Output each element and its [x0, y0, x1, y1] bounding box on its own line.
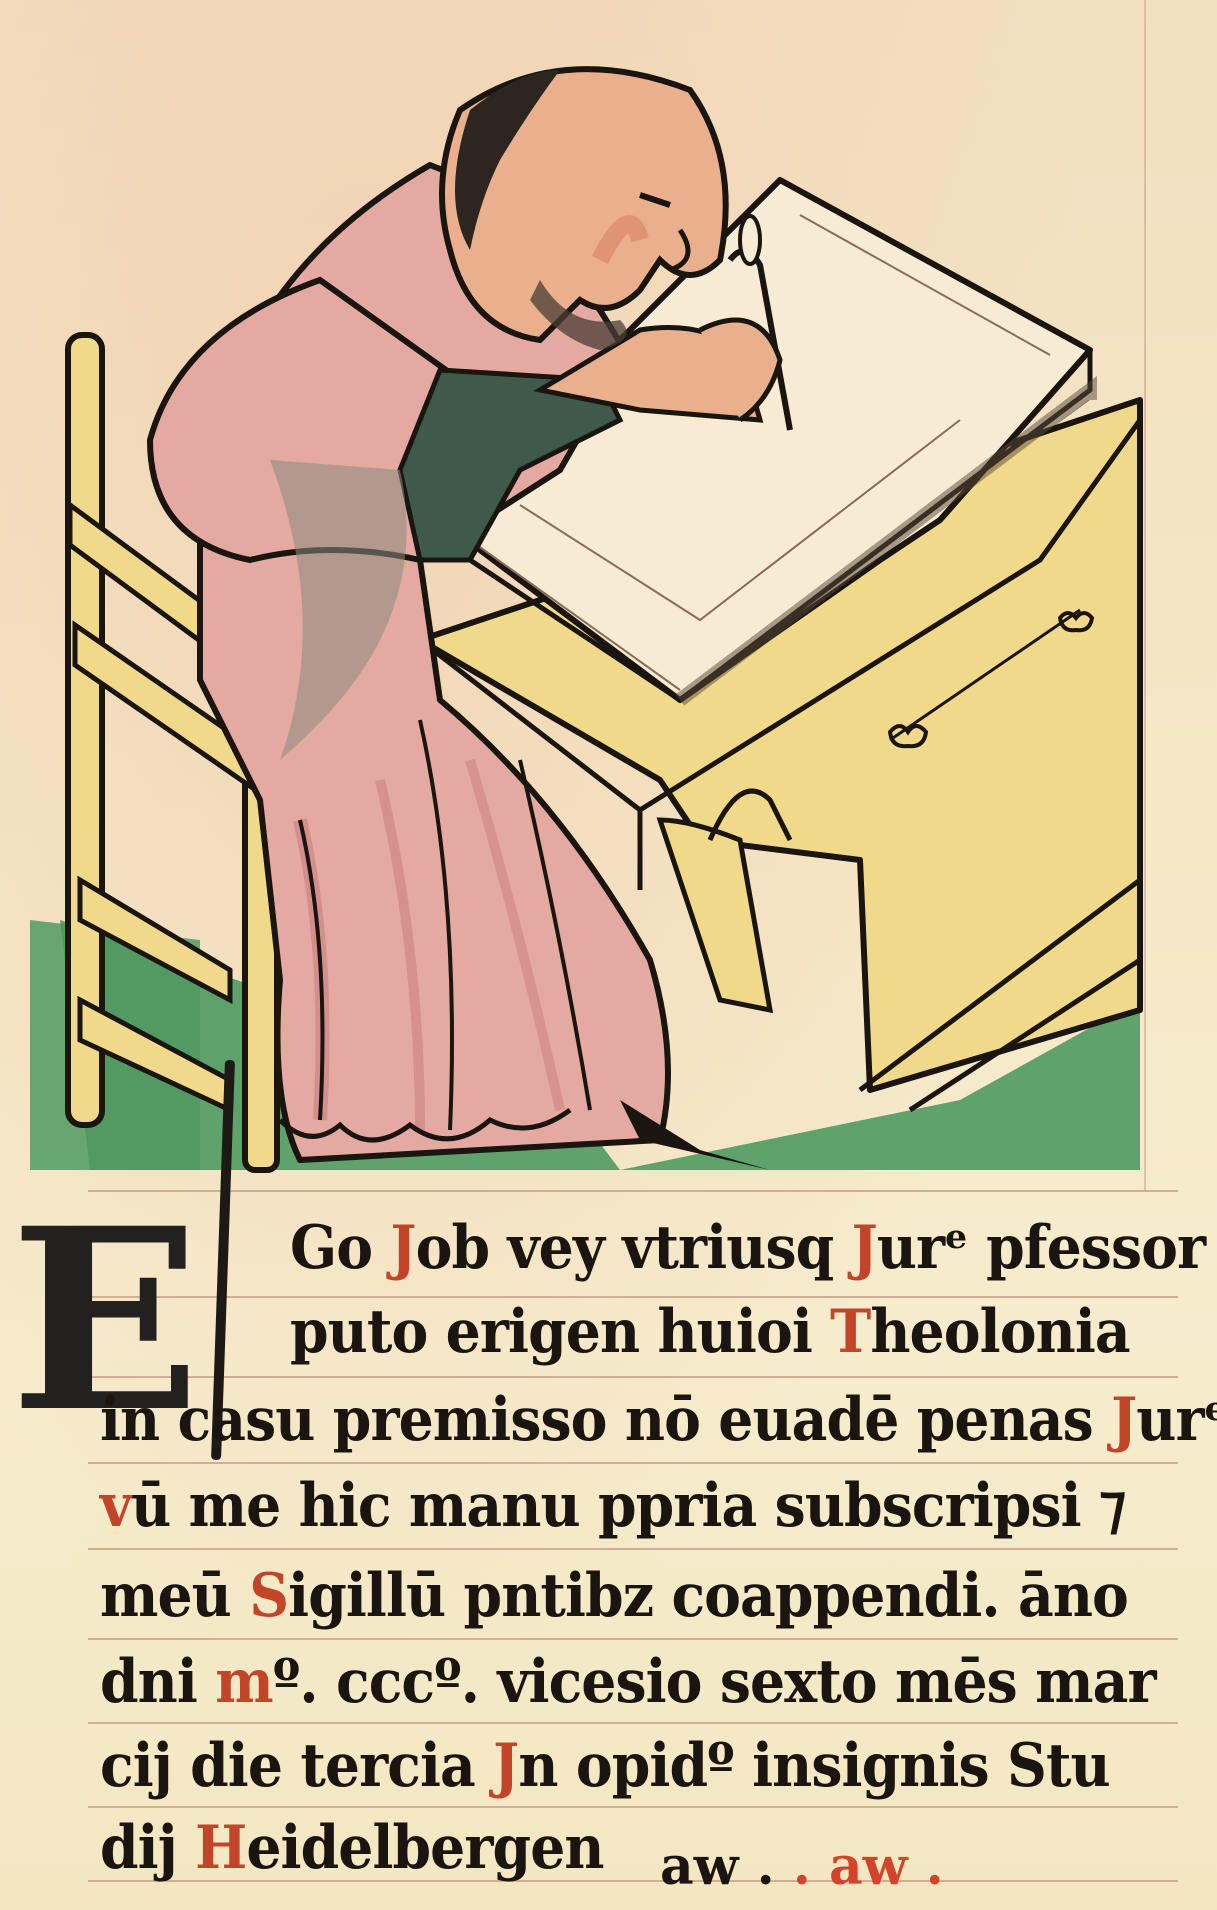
- ruling-line: [88, 1638, 1178, 1640]
- ruling-line: [88, 1548, 1178, 1550]
- text-line-2: puto erigen huioi Theolonia: [290, 1292, 1130, 1372]
- line-filler-trailer: aw . . aw .: [660, 1836, 944, 1897]
- text-line-7: cij die tercia Jn opidº insignis Stu: [100, 1726, 1110, 1806]
- text-line-5: meū Sigillū pntibz coappendi. āno: [100, 1556, 1128, 1636]
- ruling-line: [88, 1376, 1178, 1378]
- scribe-illustration: [0, 0, 1217, 1190]
- text-line-8: dij Heidelbergen: [100, 1808, 604, 1888]
- manuscript-page: E Go Job vey vtriusq Jurᵉ pfessor puto e…: [0, 0, 1217, 1910]
- text-line-4: vū me hic manu ppria subscripsi ⁊: [100, 1466, 1125, 1546]
- text-line-3: in casu premisso nō euadē penas Jurᵉ: [100, 1380, 1217, 1460]
- text-line-1: Go Job vey vtriusq Jurᵉ pfessor: [290, 1208, 1205, 1288]
- ruling-line: [88, 1190, 1178, 1192]
- text-line-6: dni mº. cccº. vicesio sexto mēs mar: [100, 1642, 1156, 1722]
- ruling-line: [88, 1722, 1178, 1724]
- ruling-line: [88, 1462, 1178, 1464]
